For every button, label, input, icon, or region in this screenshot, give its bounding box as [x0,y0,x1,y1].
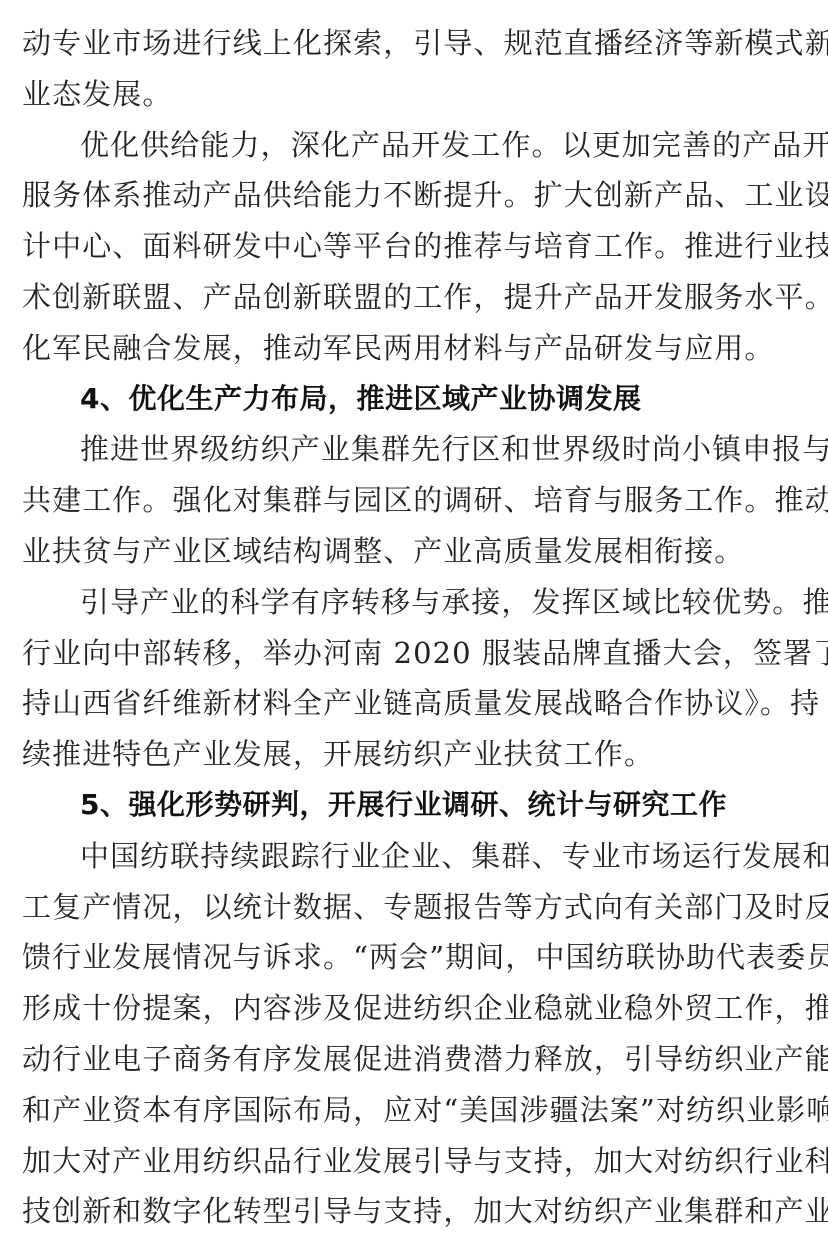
paragraph-line: 行业向中部转移，举办河南 2020 服装品牌直播大会，签署了《支 [22,628,812,679]
paragraph-line: 动行业电子商务有序发展促进消费潜力释放，引导纺织业产能 [22,1034,812,1085]
paragraph-line: 术创新联盟、产品创新联盟的工作，提升产品开发服务水平。深 [22,272,812,323]
paragraph-line: 工复产情况，以统计数据、专题报告等方式向有关部门及时反 [22,882,812,933]
paragraph-line: 共建工作。强化对集群与园区的调研、培育与服务工作。推动产 [22,475,812,526]
paragraph-line: 续推进特色产业发展，开展纺织产业扶贫工作。 [22,729,812,780]
section-heading-4: 4、优化生产力布局，推进区域产业协调发展 [22,374,812,425]
paragraph-line: 化军民融合发展，推动军民两用材料与产品研发与应用。 [22,323,812,374]
paragraph-line-indented: 引导产业的科学有序转移与承接，发挥区域比较优势。推进 [22,577,812,628]
document-page: 动专业市场进行线上化探索，引导、规范直播经济等新模式新 业态发展。 优化供给能力… [0,0,828,1237]
paragraph-line-indented: 优化供给能力，深化产品开发工作。以更加完善的产品开发 [22,120,812,171]
paragraph-line: 加大对产业用纺织品行业发展引导与支持，加大对纺织行业科 [22,1136,812,1187]
paragraph-line: 技创新和数字化转型引导与支持，加大对纺织产业集群和产业 [22,1186,812,1237]
paragraph-line: 持山西省纤维新材料全产业链高质量发展战略合作协议》。持 [22,678,812,729]
paragraph-line: 计中心、面料研发中心等平台的推荐与培育工作。推进行业技 [22,221,812,272]
section-heading-5: 5、强化形势研判，开展行业调研、统计与研究工作 [22,780,812,831]
paragraph-line: 动专业市场进行线上化探索，引导、规范直播经济等新模式新 [22,18,812,69]
paragraph-line: 业扶贫与产业区域结构调整、产业高质量发展相衔接。 [22,526,812,577]
paragraph-line: 形成十份提案，内容涉及促进纺织企业稳就业稳外贸工作，推 [22,983,812,1034]
paragraph-line: 和产业资本有序国际布局，应对“美国涉疆法案”对纺织业影响， [22,1085,812,1136]
paragraph-line: 业态发展。 [22,69,812,120]
document-body: 动专业市场进行线上化探索，引导、规范直播经济等新模式新 业态发展。 优化供给能力… [22,18,812,1237]
paragraph-line: 服务体系推动产品供给能力不断提升。扩大创新产品、工业设 [22,170,812,221]
paragraph-line-indented: 中国纺联持续跟踪行业企业、集群、专业市场运行发展和复 [22,831,812,882]
paragraph-line-indented: 推进世界级纺织产业集群先行区和世界级时尚小镇申报与 [22,424,812,475]
paragraph-line: 馈行业发展情况与诉求。“两会”期间，中国纺联协助代表委员 [22,932,812,983]
